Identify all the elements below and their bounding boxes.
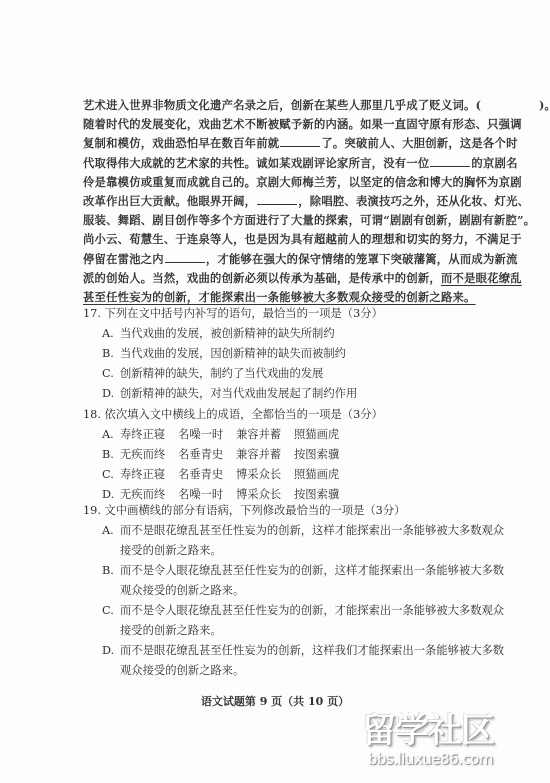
- option-letter: B.: [102, 561, 120, 581]
- option-c-cont: 接受的创新之路来。: [83, 621, 453, 641]
- idiom: 名垂青史: [178, 465, 236, 485]
- option-letter: B.: [102, 344, 120, 364]
- passage-line: 艺术进入世界非物质文化遗产名录之后，创新在某些人那里几乎成了贬义词。( )。: [83, 96, 438, 115]
- passage-line: 服装、舞蹈、剧目创作等多个方面进行了大量的探索，可谓“剧剧有创新，剧剧有新腔”。: [83, 211, 438, 230]
- question-title: 19. 文中画横线的部分有语病，下列修改最恰当的一项是（3分）: [83, 501, 453, 521]
- passage-line: 派的创始人。当然，戏曲的创新必须以传承为基础，是传承中的创新，而不是眼花缭乱: [83, 269, 438, 288]
- idiom: 博采众长: [236, 465, 294, 485]
- option-letter: A.: [102, 521, 120, 541]
- underlined-sentence: 而不是眼花缭乱: [441, 271, 522, 285]
- fill-blank-4: [165, 251, 205, 263]
- underlined-sentence: 甚至任性妄为的创新，才能探索出一条能够被大多数观众接受的创新之路来。: [83, 290, 476, 304]
- fill-blank-3: [257, 193, 297, 205]
- passage-text: 复制和模仿，戏曲恐怕早在数百年前就: [83, 136, 279, 150]
- option-c: C.寿终正寝名垂青史博采众长照猫画虎: [83, 465, 453, 485]
- option-letter: A.: [102, 425, 120, 445]
- fill-blank-1: [280, 135, 320, 147]
- passage-line: 改革作出巨大贡献。他眼界开阔，，除唱腔、表演技巧之外，还从化妆、灯光、: [83, 192, 438, 211]
- passage-text: 的京剧名: [471, 156, 517, 170]
- passage-text: 艺术进入世界非物质文化遗产名录之后，创新在某些人那里几乎成了贬义词。(: [83, 98, 481, 112]
- bracket-gap: [481, 98, 539, 112]
- watermark-title: 留学社区: [362, 712, 512, 750]
- option-letter: C.: [102, 364, 120, 384]
- passage-text: ，除唱腔、表演技巧之外，还从化妆、灯光、: [298, 194, 529, 208]
- passage-text: 了。突破前人、大胆创新，这是各个时: [321, 136, 517, 150]
- option-letter: C.: [102, 601, 120, 621]
- option-a: A.当代戏曲的发展，被创新精神的缺失所制约: [83, 324, 453, 344]
- option-text: 而不是令人眼花缭乱甚至任性妄为的创新，才能探索出一条能够被大多数观众: [120, 604, 504, 617]
- question-title: 18. 依次填入文中横线上的成语，全都恰当的一项是（3分）: [83, 405, 453, 425]
- option-d: D.创新精神的缺失，对当代戏曲发展起了制约作用: [83, 384, 453, 404]
- option-text: 而不是令人眼花缭乱甚至任性妄为的创新，这样才能探索出一条能够被大多数: [120, 564, 504, 577]
- option-text: 当代戏曲的发展，因创新精神的缺失而被制约: [120, 347, 346, 360]
- option-a-cont: 接受的创新之路来。: [83, 541, 453, 561]
- idiom: 按图索骥: [294, 445, 352, 465]
- passage-line: 停留在雷池之内，才能够在强大的保守情绪的笼罩下突破藩篱，从而成为新流: [83, 250, 438, 269]
- passage-text: )。: [539, 98, 550, 112]
- option-c: C.创新精神的缺失，制约了当代戏曲的发展: [83, 364, 453, 384]
- idiom: 无疾而终: [120, 445, 178, 465]
- idiom: 照猫画虎: [294, 465, 352, 485]
- passage-line: 随着时代的发展变化，戏曲艺术不断被赋予新的内涵。如果一直固守原有形态、只强调: [83, 115, 438, 134]
- passage-text: 派的创始人。当然，戏曲的创新必须以传承为基础，是传承中的创新，: [83, 271, 441, 285]
- question-17: 17. 下列在文中括号内补写的语句，最恰当的一项是（3分） A.当代戏曲的发展，…: [83, 304, 453, 404]
- idiom: 兼容并蓄: [236, 445, 294, 465]
- passage-text: 代取得伟大成就的艺术家的共性。诚如某戏剧评论家所言，没有一位: [83, 156, 429, 170]
- passage-line: 复制和模仿，戏曲恐怕早在数百年前就了。突破前人、大胆创新，这是各个时: [83, 134, 438, 153]
- question-19: 19. 文中画横线的部分有语病，下列修改最恰当的一项是（3分） A.而不是眼花缭…: [83, 501, 453, 681]
- option-text: 而不是眼花缭乱甚至任性妄为的创新，这样才能探索出一条能够被大多数观众: [120, 524, 504, 537]
- fill-blank-2: [430, 155, 470, 167]
- idiom: 寿终正寝: [120, 425, 178, 445]
- passage-text: ，才能够在强大的保守情绪的笼罩下突破藩篱，从而成为新流: [206, 252, 518, 266]
- option-a: A.寿终正寝名噪一时兼容并蓄照猫画虎: [83, 425, 453, 445]
- option-d-cont: 观众接受的创新之路来。: [83, 661, 453, 681]
- passage-text: 停留在雷池之内: [83, 252, 164, 266]
- option-b: B.当代戏曲的发展，因创新精神的缺失而被制约: [83, 344, 453, 364]
- option-a: A.而不是眼花缭乱甚至任性妄为的创新，这样才能探索出一条能够被大多数观众: [83, 521, 453, 541]
- option-d: D.而不是眼花缭乱甚至任性妄为的创新，这样我们才能探索出一条能够被大多数: [83, 641, 453, 661]
- option-text: 当代戏曲的发展，被创新精神的缺失所制约: [120, 327, 335, 340]
- option-text: 创新精神的缺失，对当代戏曲发展起了制约作用: [120, 387, 357, 400]
- idiom: 名噪一时: [178, 425, 236, 445]
- passage-line: 伶是靠模仿或重复而成就自己的。京剧大师梅兰芳，以坚定的信念和博大的胸怀为京剧: [83, 173, 438, 192]
- question-title: 17. 下列在文中括号内补写的语句，最恰当的一项是（3分）: [83, 304, 453, 324]
- watermark-logo: 留学社区 bbs.liuxue86.com: [362, 712, 512, 772]
- option-letter: D.: [102, 384, 120, 404]
- option-c: C.而不是令人眼花缭乱甚至任性妄为的创新，才能探索出一条能够被大多数观众: [83, 601, 453, 621]
- exam-page: 艺术进入世界非物质文化遗产名录之后，创新在某些人那里几乎成了贬义词。( )。 随…: [0, 0, 550, 783]
- question-18: 18. 依次填入文中横线上的成语，全都恰当的一项是（3分） A.寿终正寝名噪一时…: [83, 405, 453, 505]
- option-b: B.无疾而终名垂青史兼容并蓄按图索骥: [83, 445, 453, 465]
- passage-line: 代取得伟大成就的艺术家的共性。诚如某戏剧评论家所言，没有一位的京剧名: [83, 154, 438, 173]
- option-letter: B.: [102, 445, 120, 465]
- idiom: 名垂青史: [178, 445, 236, 465]
- option-b-cont: 观众接受的创新之路来。: [83, 581, 453, 601]
- idiom: 兼容并蓄: [236, 425, 294, 445]
- page-footer: 语文试题第 9 页（共 10 页）: [0, 693, 550, 709]
- option-text: 而不是眼花缭乱甚至任性妄为的创新，这样我们才能探索出一条能够被大多数: [120, 644, 504, 657]
- watermark-url: bbs.liuxue86.com: [368, 750, 512, 768]
- passage-text: 改革作出巨大贡献。他眼界开阔，: [83, 194, 256, 208]
- reading-passage: 艺术进入世界非物质文化遗产名录之后，创新在某些人那里几乎成了贬义词。( )。 随…: [83, 96, 438, 307]
- option-b: B.而不是令人眼花缭乱甚至任性妄为的创新，这样才能探索出一条能够被大多数: [83, 561, 453, 581]
- option-letter: C.: [102, 465, 120, 485]
- passage-line: 尚小云、荀慧生、于连泉等人，也是因为具有超越前人的理想和切实的努力，不满足于: [83, 230, 438, 249]
- idiom: 照猫画虎: [294, 425, 352, 445]
- option-text: 创新精神的缺失，制约了当代戏曲的发展: [120, 367, 323, 380]
- option-letter: D.: [102, 641, 120, 661]
- idiom: 寿终正寝: [120, 465, 178, 485]
- option-letter: A.: [102, 324, 120, 344]
